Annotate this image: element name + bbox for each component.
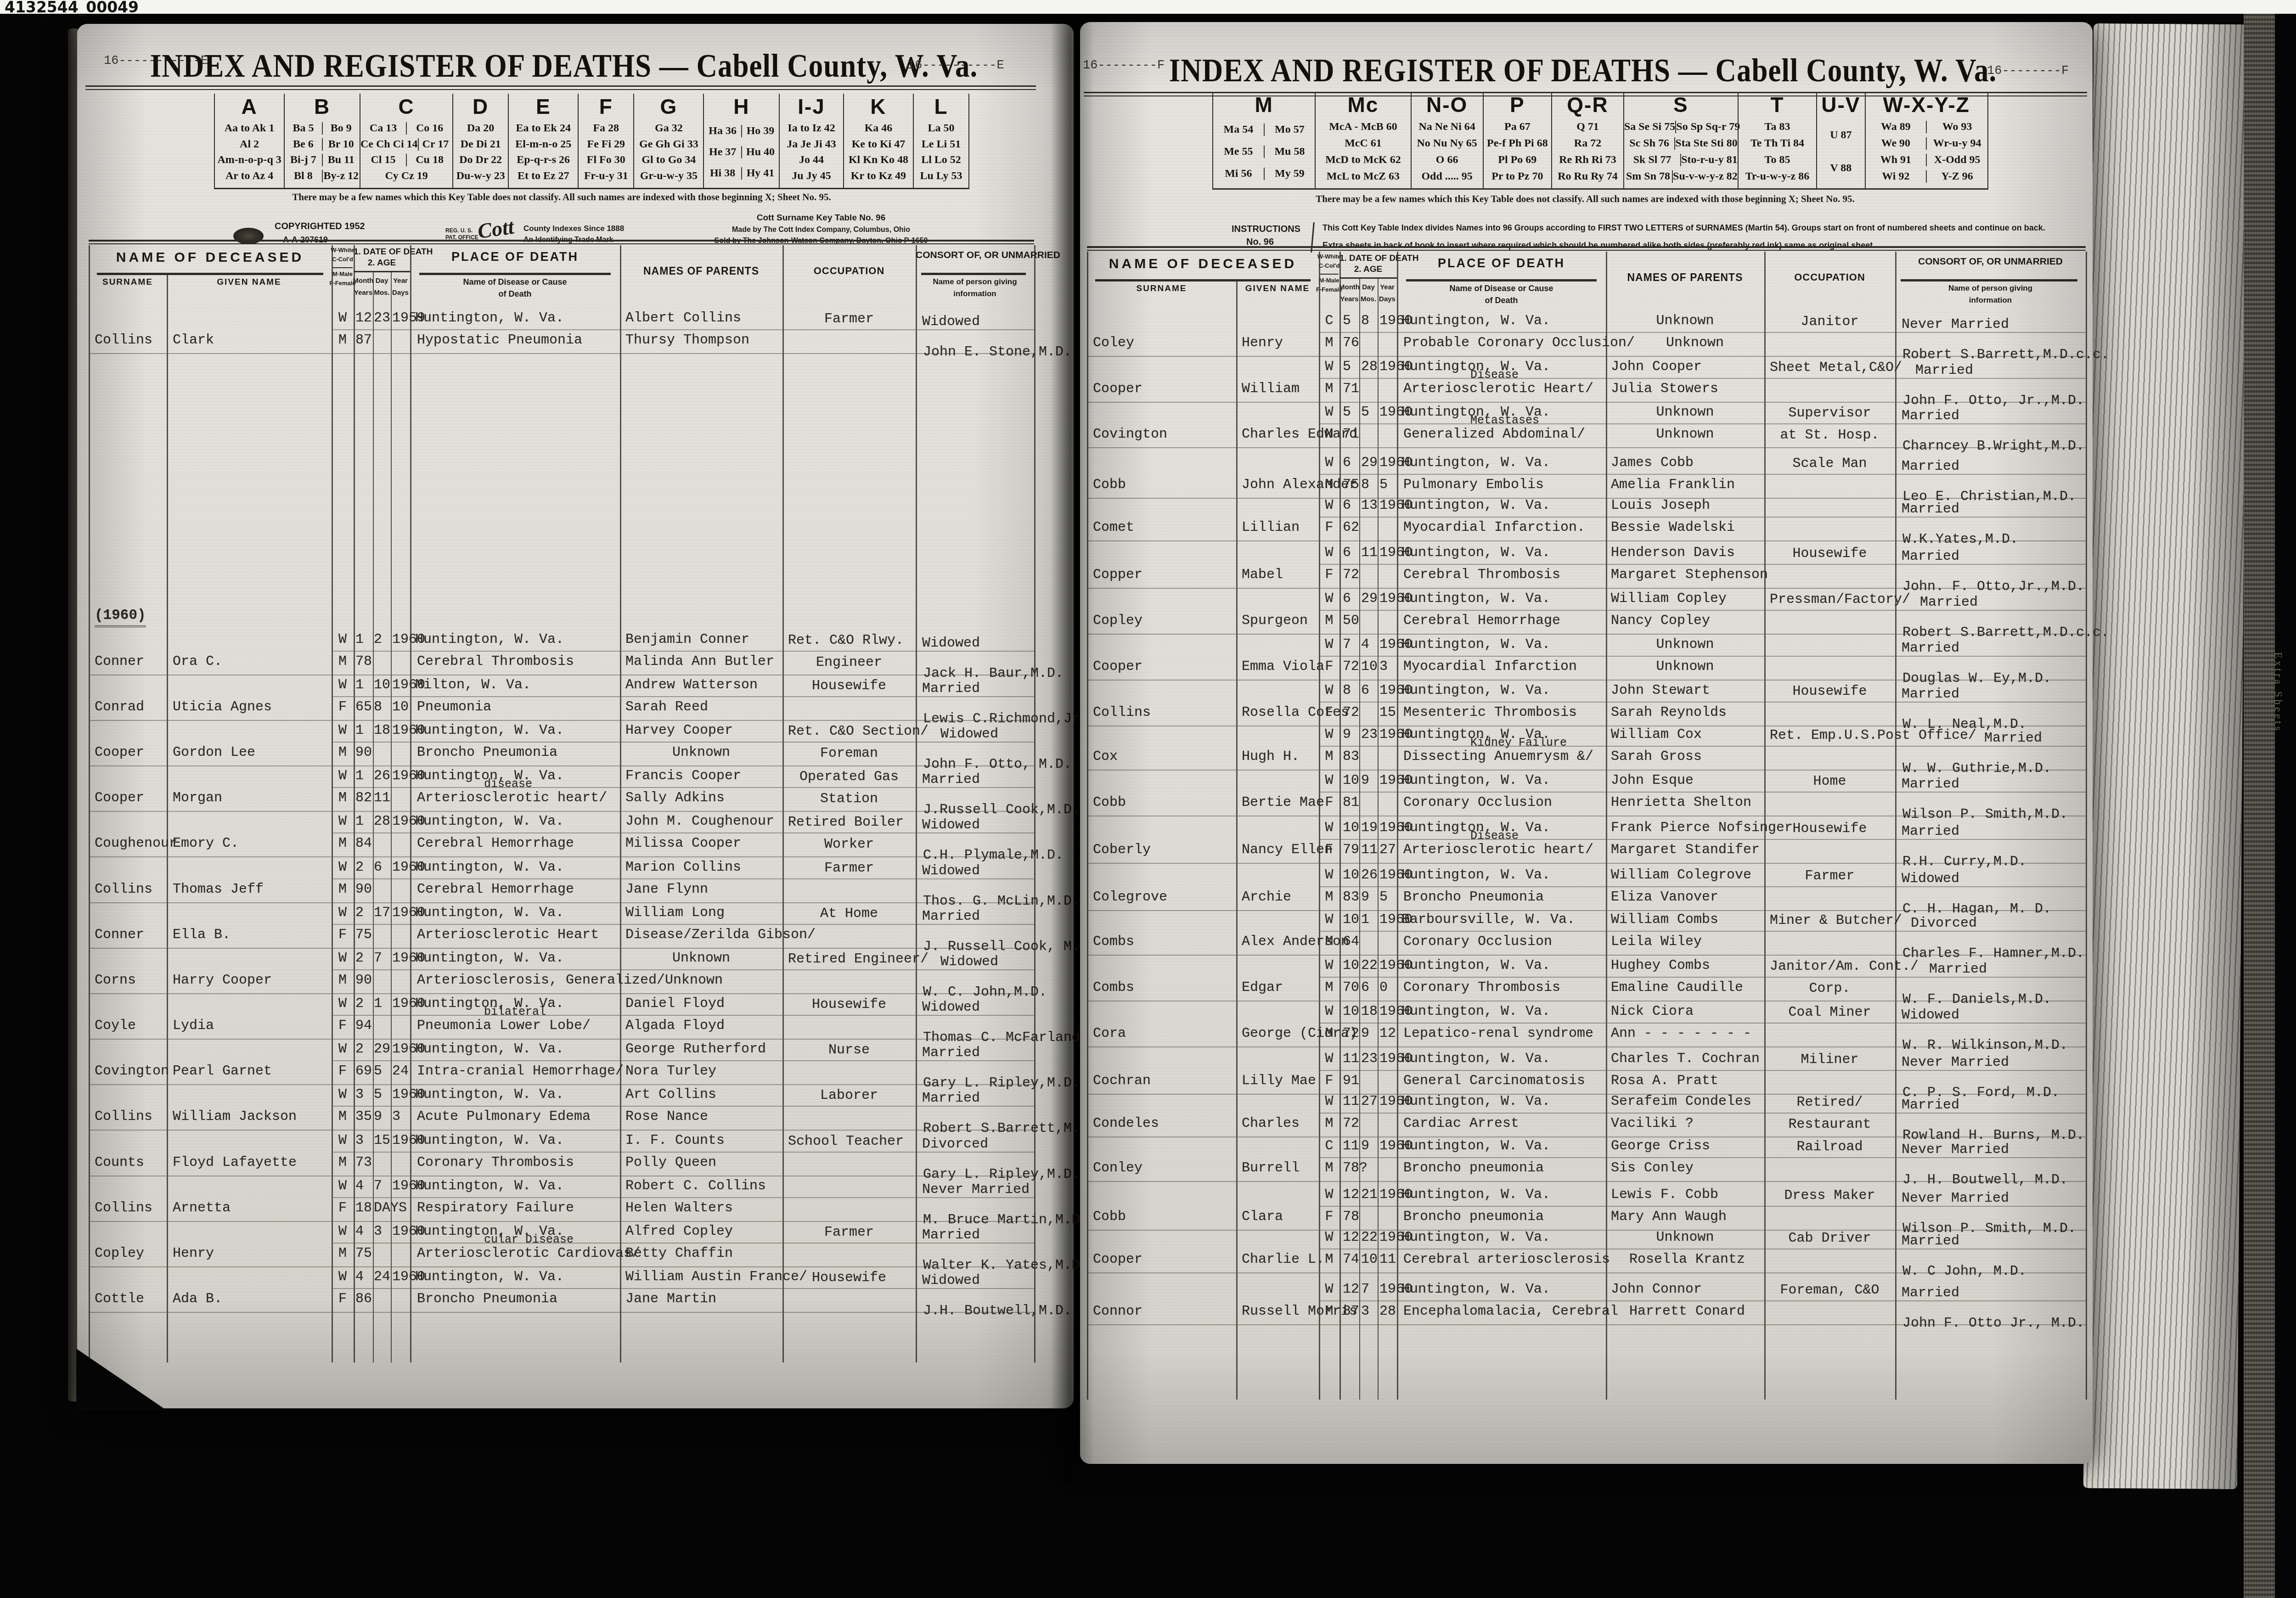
table-row: W471960Huntington, W. Va.Robert C. Colli… [77, 1179, 1074, 1225]
field-month: 11 [1343, 1139, 1359, 1154]
field-month: 8 [1343, 683, 1351, 699]
rule [89, 948, 1034, 949]
field-status: Married [1902, 1098, 1959, 1114]
field-race: W [332, 1224, 353, 1240]
table-row: W12211960Huntington, W. Va.Lewis F. Cobb… [1080, 1187, 2093, 1233]
ledger-page-right: 16--------F INDEX AND REGISTER OF DEATHS… [1080, 22, 2093, 1464]
key-cell: La 50 [914, 122, 968, 135]
field-status: Married [1902, 1286, 1959, 1301]
field-age-months: 9 [374, 1109, 382, 1125]
field-race: W [332, 814, 353, 830]
field-age-months: 9 [1361, 890, 1369, 906]
field-parent1: William Cox [1611, 727, 1702, 743]
field-surname: Cottle [95, 1292, 144, 1307]
header-surname: SURNAME [1087, 284, 1236, 293]
key-rows: Sa Se Si 75So Sp Sq-r 79Sc Sh 76Sta Ste … [1624, 118, 1738, 188]
field-day: 3 [374, 1224, 382, 1240]
rule [85, 89, 1036, 90]
field-status: Married [1902, 459, 1959, 475]
table-row: W6291960Huntington, W. Va.William Copley… [1080, 591, 2093, 637]
table-row: W11231960Huntington, W. Va.Charles T. Co… [1080, 1052, 2093, 1097]
field-day: 27 [1361, 1094, 1378, 1110]
key-cell: Sk Sl 77 [1624, 154, 1680, 166]
field-given-name: Floyd Lafayette [173, 1155, 297, 1171]
header-date-of-death: 1. DATE OF DEATH [1339, 253, 1397, 263]
key-cell: Ge Gh Gi 33 [634, 138, 703, 151]
key-row: Hi 38Hy 41 [704, 167, 779, 180]
field-surname: Conner [95, 928, 144, 943]
field-parent1: Unknown [1606, 637, 1764, 653]
table-row: W741960Huntington, W. Va.UnknownMarriedC… [1080, 637, 2093, 683]
field-day: 9 [1361, 773, 1369, 789]
rule [85, 85, 1036, 87]
key-cell: Bo 9 [322, 122, 360, 135]
field-age-years: 86 [355, 1292, 372, 1307]
field-given-name: Bertie Mae [1242, 795, 1324, 811]
field-place: Huntington, W. Va. [415, 814, 564, 830]
key-letter: S [1624, 92, 1738, 118]
field-place: Milton, W. Va. [415, 678, 531, 693]
key-row: Me 55Mu 58 [1213, 146, 1315, 158]
field-cause: Arteriosclerosis, Generalized/Unknown [417, 973, 723, 989]
field-age-months: 10 [1361, 659, 1378, 675]
key-rows: Ea to Ek 24El-m-n-o 25Ep-q-r-s 26Et to E… [509, 120, 578, 188]
field-day: 21 [1361, 1187, 1378, 1203]
key-cell: My 59 [1264, 168, 1315, 180]
field-surname: Cobb [1093, 795, 1126, 811]
key-cell: McD to McK 62 [1316, 154, 1410, 166]
header-cause-sub-2: of Death [410, 289, 620, 298]
rule [419, 273, 611, 275]
header-consort-sub-1: Name of person giving [1895, 284, 2086, 293]
key-row: Ca 13Co 16 [360, 122, 452, 135]
key-row: Wi 92Y-Z 96 [1866, 170, 1987, 183]
key-row: Sk Sl 77Sto-r-u-y 81 [1624, 154, 1738, 166]
field-place: Barboursville, W. Va. [1401, 912, 1575, 928]
key-row: Ja Je Ji 43 [780, 138, 843, 151]
field-age-months: 5 [374, 1064, 382, 1080]
field-month: 6 [1343, 546, 1351, 561]
field-given-name: Burrell [1242, 1161, 1300, 1176]
key-cell: Al 2 [215, 138, 284, 151]
header-age-sub-top: Year [1375, 284, 1400, 292]
field-place: Huntington, W. Va. [415, 906, 564, 921]
field-sex: F [1319, 568, 1339, 583]
field-sex: M [1319, 890, 1339, 906]
rule [1319, 517, 2086, 518]
key-row: Kr to Kz 49 [844, 170, 913, 182]
field-given-name: Clark [173, 333, 214, 349]
field-place: Huntington, W. Va. [1401, 1139, 1550, 1154]
key-row: Le Li 51 [914, 138, 968, 151]
field-age-years: 94 [355, 1018, 372, 1034]
key-row: Ka 46 [844, 122, 913, 135]
key-cell: El-m-n-o 25 [509, 138, 578, 151]
field-cause: Respiratory Failure [417, 1201, 574, 1216]
field-sex: M [332, 654, 353, 670]
field-cause: Arteriosclerotic Heart/ [1403, 382, 1593, 397]
field-race: W [332, 769, 353, 784]
field-race: W [332, 1270, 353, 1285]
field-age-years: 83 [1343, 890, 1359, 906]
field-sex: M [332, 1246, 353, 1262]
field-sex: M [332, 973, 353, 989]
field-occupation1: Railroad [1764, 1140, 1895, 1155]
field-race: W [1319, 456, 1339, 471]
field-parent2: Leila Wiley [1611, 934, 1702, 950]
field-age-days: 10 [392, 700, 409, 715]
field-age-days: 0 [1379, 980, 1388, 996]
field-parent2: Emaline Caudille [1611, 980, 1743, 996]
rule [89, 1266, 1034, 1267]
field-surname: Covington [95, 1064, 169, 1080]
field-cause: Coronary Occlusion [1403, 795, 1552, 811]
field-parent1: Henderson Davis [1611, 546, 1735, 561]
key-cell: Ba 5 [285, 122, 321, 135]
field-sex: M [332, 745, 353, 761]
rule [89, 902, 1034, 903]
field-place: Huntington, W. Va. [1401, 1094, 1550, 1110]
key-row: Do Dr 22 [453, 154, 508, 166]
key-row: Gl to Go 34 [634, 154, 703, 166]
header-occupation: OCCUPATION [782, 265, 916, 277]
field-month: 4 [355, 1224, 364, 1240]
key-cell: Et to Ez 27 [509, 170, 578, 182]
rule [1339, 277, 1397, 279]
field-age-years: 62 [1343, 520, 1359, 536]
field-cause: Myocardial Infarction. [1403, 520, 1585, 536]
table-row: W9231960Huntington, W. Va.William CoxRet… [1080, 727, 2093, 773]
key-cell: Ju Jy 45 [780, 170, 843, 182]
field-surname: Coberly [1093, 843, 1151, 858]
field-month: 12 [355, 311, 372, 326]
field-parent1: Albert Collins [625, 311, 741, 326]
key-row: We 90Wr-u-y 94 [1866, 137, 1987, 150]
field-cause: Cardiac Arrest [1403, 1116, 1519, 1132]
key-cell: Tr-u-w-y-z 86 [1739, 170, 1817, 183]
field-given-name: Mabel [1242, 568, 1283, 583]
field-age-years: 72 [1343, 659, 1359, 675]
field-place: Huntington, W. Va. [415, 632, 564, 648]
field-cause: Pneumonia Lower Lobe/ [417, 1018, 591, 1034]
key-cell: Ra 72 [1552, 137, 1623, 150]
field-given-name: Thomas Jeff [173, 882, 264, 898]
field-place: Huntington, W. Va. [1401, 1187, 1550, 1203]
field-month: 5 [1343, 314, 1351, 329]
key-column: N-ONa Ne Ni 64No Nu Ny 65O 66Odd ..... 9… [1411, 92, 1483, 188]
field-day: 4 [1361, 637, 1369, 653]
field-age-months: 10 [1361, 1252, 1378, 1268]
field-race: W [332, 632, 353, 648]
field-sex: M [332, 882, 353, 898]
field-surname: Conrad [95, 700, 144, 715]
field-occupation1: Operated Gas [782, 770, 916, 785]
field-parent1: John Cooper [1611, 360, 1702, 375]
field-place: Huntington, W. Va. [1401, 637, 1550, 653]
field-status: Married [922, 681, 980, 697]
header-consort: CONSORT OF, OR UNMARRIED [1895, 256, 2086, 267]
table-row: W351960Huntington, W. Va.Art CollinsLabo… [77, 1087, 1074, 1133]
key-cell: Fl Fo 30 [579, 154, 633, 166]
field-month: 10 [1343, 773, 1359, 789]
header-consort: CONSORT OF, OR UNMARRIED [916, 250, 1034, 261]
field-given-name: Ada B. [173, 1292, 222, 1307]
key-cell: Ke to Ki 47 [844, 138, 913, 151]
field-surname: Cooper [1093, 382, 1142, 397]
field-parent2: Bessie Wadelski [1611, 520, 1735, 536]
field-parent2: Henrietta Shelton [1611, 795, 1751, 811]
rule [89, 856, 1034, 857]
field-given-name: Harry Cooper [173, 973, 272, 989]
field-status: Married [1902, 641, 1959, 657]
field-parent1: Robert C. Collins [625, 1179, 766, 1194]
table-row: W1261960Huntington, W. Va.Francis Cooper… [77, 769, 1074, 815]
header-consort-sub-1: Name of person giving [916, 277, 1034, 286]
key-rows: Ma 54Mo 57Me 55Mu 58Mi 56My 59 [1213, 118, 1315, 188]
field-surname: Cochran [1093, 1074, 1151, 1089]
field-given-name: Lydia [173, 1018, 214, 1034]
key-cell: Sto-r-u-y 81 [1680, 154, 1737, 166]
field-place: Huntington, W. Va. [415, 1042, 564, 1058]
key-row: Ge Gh Gi 33 [634, 138, 703, 151]
field-age-years: 72 [1343, 1026, 1359, 1042]
field-occupation1: Housewife [1764, 822, 1895, 837]
key-cell: Ho 39 [741, 125, 779, 137]
key-row: Ea to Ek 24 [509, 122, 578, 135]
key-column: U-VU 87V 88 [1816, 92, 1864, 188]
field-occupation1: Janitor/Am. Cont./ [1770, 959, 1919, 975]
field-parent2: Margaret Standifer [1611, 843, 1760, 858]
field-parent1: Unknown [1606, 405, 1764, 421]
key-row: Ga 32 [634, 122, 703, 135]
key-cell: Aa to Ak 1 [215, 122, 284, 135]
field-status: Married [1902, 687, 1959, 703]
field-race: W [332, 860, 353, 876]
key-row: Am-n-o-p-q 3 [215, 154, 284, 166]
key-cell: O 66 [1412, 154, 1483, 166]
field-cause: Cerebral Thrombosis [417, 654, 574, 670]
field-occupation2: at St. Hosp. [1764, 428, 1895, 444]
field-day: 18 [374, 723, 390, 739]
field-occupation1: School Teacher [788, 1134, 904, 1150]
key-row: He 37Hu 40 [704, 146, 779, 158]
field-parent2: Sarah Reed [625, 700, 708, 715]
rule [1320, 274, 1339, 275]
field-parent1: Nick Ciora [1611, 1004, 1694, 1020]
key-cell: Mu 58 [1264, 146, 1315, 158]
key-cell: No Nu Ny 65 [1412, 137, 1483, 150]
field-parent1: I. F. Counts [625, 1133, 725, 1149]
key-letter: A [215, 94, 284, 120]
field-age-years: 90 [355, 882, 372, 898]
header-age-sub-bottom: Days [388, 289, 413, 297]
field-race: C [1319, 314, 1339, 329]
binding-cloth [2244, 0, 2275, 1598]
rule [89, 720, 1034, 721]
instructions-brace [1311, 222, 1315, 253]
field-month: 2 [355, 951, 364, 967]
key-row: Pr to Pz 70 [1484, 170, 1551, 183]
page-title: INDEX AND REGISTER OF DEATHS — Cabell Co… [1169, 52, 1997, 89]
key-rows: U 87V 88 [1817, 118, 1864, 188]
key-cell: Hu 40 [741, 146, 779, 158]
rule [89, 765, 1034, 766]
field-month: 10 [1343, 821, 1359, 836]
table-row: W1271960Huntington, W. Va.John ConnorFor… [1080, 1282, 2093, 1328]
key-cell: U 87 [1817, 129, 1864, 141]
key-cell: So Sp Sq-r 79 [1675, 121, 1740, 133]
key-row: Jo 44 [780, 154, 843, 166]
field-occupation1: Housewife [782, 997, 916, 1013]
field-cause: Broncho pneumonia [1403, 1161, 1544, 1176]
field-race: W [332, 996, 353, 1012]
key-cell: Mo 57 [1264, 124, 1315, 136]
field-race: W [1319, 1094, 1339, 1110]
field-sex: M [1319, 749, 1339, 765]
field-place: Huntington, W. Va. [1401, 591, 1550, 607]
field-place: Huntington, W. Va. [1401, 1004, 1550, 1020]
field-given-name: Gordon Lee [173, 745, 255, 761]
field-physician: John E. Stone,M.D. [923, 345, 1072, 360]
field-given-name: Archie [1242, 890, 1291, 906]
rule [1095, 279, 1311, 281]
field-age-months: DAYS [374, 1201, 407, 1216]
field-place: Huntington, W. Va. [1401, 1230, 1550, 1246]
field-cause-above: bilateral [484, 1006, 546, 1018]
field-age-years: 76 [1343, 336, 1359, 351]
header-age-sub-bottom: Days [1375, 296, 1400, 304]
key-cell: Hi 38 [704, 167, 741, 180]
key-rows: Ba 5Bo 9Be 6Br 10Bi-j 7Bu 11Bl 8By-z 12 [285, 120, 360, 188]
field-parent1: Unknown [1606, 1230, 1764, 1246]
field-occupation2: Worker [782, 837, 916, 853]
header-occupation: OCCUPATION [1764, 272, 1895, 283]
field-cause-above: Disease [1470, 830, 1519, 843]
field-race: W [332, 1042, 353, 1058]
field-given-name: Charles [1242, 1116, 1300, 1132]
field-month: 10 [1343, 912, 1359, 928]
key-column: HHa 36Ho 39He 37Hu 40Hi 38Hy 41 [703, 94, 779, 188]
field-month: 6 [1343, 456, 1351, 471]
field-age-months: 11 [1361, 843, 1378, 858]
key-row: Q 71 [1552, 121, 1623, 133]
key-column: FFa 28Fe Fi 29Fl Fo 30Fr-u-y 31 [578, 94, 633, 188]
field-parent2: Betty Chaffin [625, 1246, 733, 1262]
field-month: 12 [1343, 1282, 1359, 1298]
rule [354, 271, 410, 272]
field-parent1: William Long [625, 906, 725, 921]
field-surname: Collins [1093, 705, 1151, 721]
field-age-years: 73 [355, 1155, 372, 1171]
field-race: W [1319, 958, 1339, 974]
field-physician: J.H. Boutwell,M.D. [923, 1304, 1072, 1319]
field-sex: F [332, 1064, 353, 1080]
field-race: C [1319, 1139, 1339, 1154]
field-parent2: Helen Walters [625, 1201, 733, 1216]
field-age-years: 75 [355, 928, 372, 943]
field-month: 9 [1343, 727, 1351, 743]
key-cell: Ha 36 [704, 125, 741, 137]
key-cell: McL to McZ 63 [1316, 170, 1410, 183]
field-age-months: 8 [1361, 478, 1369, 493]
key-imprint-2: Made by The Cott Index Company, Columbus… [732, 226, 910, 234]
field-place: Huntington, W. Va. [1401, 1052, 1550, 1067]
key-cell: X-Odd 95 [1926, 154, 1987, 166]
key-column: McMcA - McB 60McC 61McD to McK 62McL to … [1315, 92, 1410, 188]
key-cell: Wr-u-y 94 [1926, 137, 1987, 150]
field-month: 1 [355, 723, 364, 739]
field-age-years: 70 [1343, 980, 1359, 996]
key-row: Ha 36Ho 39 [704, 125, 779, 137]
field-sex: F [1319, 659, 1339, 675]
key-cell: Ia to Iz 42 [780, 122, 843, 135]
field-age-days: 5 [1379, 890, 1388, 906]
field-day: 1 [374, 996, 382, 1012]
table-row: W10191960Huntington, W. Va.Frank Pierce … [1080, 821, 2093, 867]
field-month: 12 [1343, 1230, 1359, 1246]
key-cell: We 90 [1866, 137, 1926, 150]
key-cell: By-z 12 [322, 170, 360, 182]
rule [1319, 474, 2086, 475]
key-letter: F [579, 94, 633, 120]
key-cell: Y-Z 96 [1926, 170, 1987, 183]
table-row: W6131960Huntington, W. Va.Louis JosephMa… [1080, 498, 2093, 544]
field-cause: Arteriosclerotic heart/ [1403, 843, 1593, 858]
field-age-years: 78 [355, 654, 372, 670]
header-cause-sub-2: of Death [1397, 296, 1606, 305]
field-parent2: Sis Conley [1611, 1161, 1694, 1176]
key-row: O 66 [1412, 154, 1483, 166]
key-cell: Pr to Pz 70 [1484, 170, 1551, 183]
field-given-name: Arnetta [173, 1201, 231, 1216]
key-cell: He 37 [704, 146, 741, 158]
rule [1319, 886, 2086, 887]
field-status: Married [922, 1046, 980, 1061]
field-occupation1: Coal Miner [1764, 1005, 1895, 1021]
key-rows: Ha 36Ho 39He 37Hu 40Hi 38Hy 41 [704, 120, 779, 188]
key-cell: Gl to Go 34 [634, 154, 703, 166]
key-column: KKa 46Ke to Ki 47Kl Kn Ko 48Kr to Kz 49 [843, 94, 913, 188]
key-cell: Am-n-o-p-q 3 [215, 154, 284, 166]
key-cell: Ea to Ek 24 [509, 122, 578, 135]
key-cell: Sta Ste Sti 80 [1674, 137, 1737, 150]
field-sex: M [1319, 427, 1339, 443]
field-sex: M [332, 333, 353, 349]
extra-sheets-tab: Extra Sheets [2272, 652, 2284, 733]
rule [1319, 1113, 2086, 1114]
field-cause: Probable Coronary Occlusion/ [1403, 336, 1635, 351]
field-age-years: 35 [355, 1109, 372, 1125]
header-names-of-parents: NAMES OF PARENTS [620, 265, 782, 277]
table-row: W1091960Huntington, W. Va.John EsqueHome… [1080, 773, 2093, 819]
key-row: El-m-n-o 25 [509, 138, 578, 151]
key-letter: I-J [780, 94, 843, 120]
field-surname: Collins [95, 882, 152, 898]
field-given-name: Ella B. [173, 928, 231, 943]
field-sex: M [332, 836, 353, 852]
field-parent1: Benjamin Conner [625, 632, 749, 648]
field-age-years: 72 [1343, 705, 1359, 721]
field-surname: Cooper [1093, 1252, 1142, 1268]
field-given-name: Ora C. [173, 654, 222, 670]
instructions-label: INSTRUCTIONS [1232, 224, 1300, 234]
field-month: 1 [355, 814, 364, 830]
field-occupation1: Farmer [782, 1225, 916, 1241]
key-letter: C [360, 94, 452, 120]
field-parent1: John M. Coughenour [625, 814, 774, 830]
rule [89, 1221, 1034, 1222]
header-age: 2. AGE [354, 258, 410, 268]
